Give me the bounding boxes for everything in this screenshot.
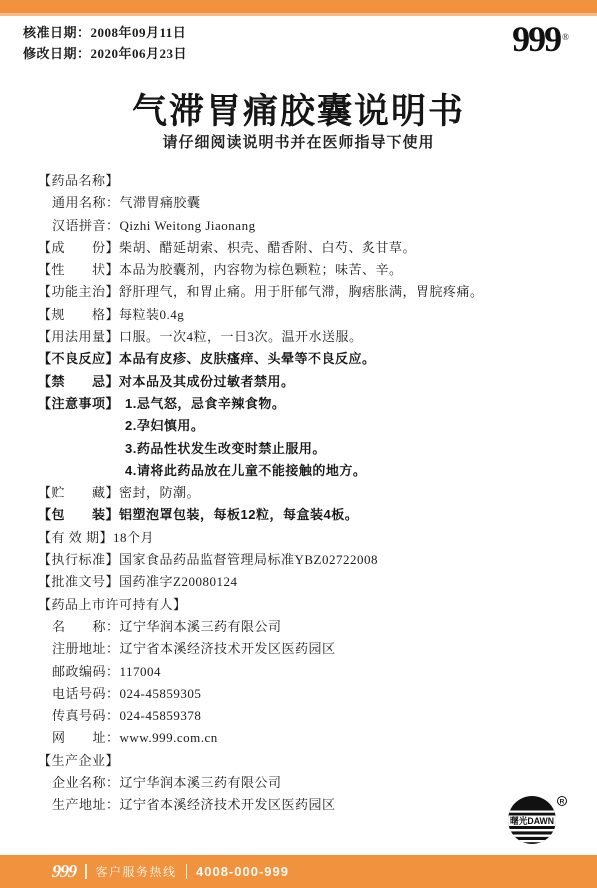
brand-999-text: 999 bbox=[512, 19, 560, 59]
precaution-item-2: 2.孕妇慎用。 bbox=[38, 415, 579, 437]
approval-date: 核准日期：2008年09月11日 bbox=[23, 22, 187, 43]
website: 网 址：www.999.com.cn bbox=[38, 727, 579, 749]
registered-address: 注册地址：辽宁省本溪经济技术开发区医药园区 bbox=[38, 638, 579, 660]
approval-number: 【批准文号】国药准字Z20080124 bbox=[38, 571, 579, 593]
leaflet-body: 【药品名称】 通用名称：气滞胃痛胶囊 汉语拼音：Qizhi Weitong Ji… bbox=[38, 170, 579, 817]
manufacturer-name: 企业名称：辽宁华润本溪三药有限公司 bbox=[38, 772, 579, 794]
footer-999-logo: 999 bbox=[51, 861, 76, 882]
precaution-item-3: 3.药品性状发生改变时禁止服用。 bbox=[38, 438, 579, 460]
footer-separator bbox=[186, 864, 188, 879]
page-subtitle: 请仔细阅读说明书并在医师指导下使用 bbox=[0, 131, 597, 152]
top-orange-bar bbox=[0, 0, 597, 16]
manufacturer-heading: 【生产企业】 bbox=[38, 750, 579, 772]
header-dates: 核准日期：2008年09月11日 修改日期：2020年06月23日 bbox=[23, 22, 187, 64]
dawn-logo-icon: 曙光DAWN R bbox=[505, 795, 569, 845]
validity-period: 【有 效 期】18个月 bbox=[38, 527, 579, 549]
ingredients: 【成 份】柴胡、醋延胡索、枳壳、醋香附、白芍、炙甘草。 bbox=[38, 237, 579, 259]
indications: 【功能主治】舒肝理气，和胃止痛。用于肝郁气滞，胸痞胀满，胃脘疼痛。 bbox=[38, 281, 579, 303]
registered-mark-icon: ® bbox=[562, 32, 569, 42]
brand-999-logo: 999® bbox=[512, 22, 567, 56]
specification: 【规 格】每粒装0.4g bbox=[38, 304, 579, 326]
drug-leaflet-page: { "colors": { "accent_orange": "#F0923E"… bbox=[0, 0, 597, 888]
dawn-registered-mark-icon: R bbox=[560, 799, 565, 806]
precaution-item-1: 1.忌气怒，忌食辛辣食物。 bbox=[125, 396, 285, 411]
phone-number: 电话号码：024-45859305 bbox=[38, 683, 579, 705]
page-title: 气滞胃痛胶囊说明书 bbox=[0, 84, 597, 134]
packaging: 【包 装】铝塑泡罩包装，每板12粒，每盒装4板。 bbox=[38, 504, 579, 526]
revision-date: 修改日期：2020年06月23日 bbox=[23, 43, 187, 64]
precautions: 【注意事项】1.忌气怒，忌食辛辣食物。 bbox=[38, 393, 579, 415]
storage: 【贮 藏】密封，防潮。 bbox=[38, 482, 579, 504]
precautions-label: 【注意事项】 bbox=[38, 393, 125, 415]
fax-number: 传真号码：024-45859378 bbox=[38, 705, 579, 727]
footer-separator bbox=[85, 864, 87, 879]
precaution-item-4: 4.请将此药品放在儿童不能接触的地方。 bbox=[38, 460, 579, 482]
drug-name-heading: 【药品名称】 bbox=[38, 170, 579, 192]
pinyin-name: 汉语拼音：Qizhi Weitong Jiaonang bbox=[38, 215, 579, 237]
adverse-reactions: 【不良反应】本品有皮疹、皮肤瘙痒、头晕等不良反应。 bbox=[38, 348, 579, 370]
contraindications: 【禁 忌】对本品及其成份过敏者禁用。 bbox=[38, 371, 579, 393]
footer-service-phone: 4008-000-999 bbox=[196, 864, 289, 879]
generic-name: 通用名称：气滞胃痛胶囊 bbox=[38, 192, 579, 214]
holder-name: 名 称：辽宁华润本溪三药有限公司 bbox=[38, 616, 579, 638]
footer-service-label: 客户服务热线 bbox=[96, 863, 177, 880]
executive-standard: 【执行标准】国家食品药品监督管理局标准YBZ02722008 bbox=[38, 549, 579, 571]
dosage: 【用法用量】口服。一次4粒，一日3次。温开水送服。 bbox=[38, 326, 579, 348]
production-address: 生产地址：辽宁省本溪经济技术开发区医药园区 bbox=[38, 794, 579, 816]
description: 【性 状】本品为胶囊剂，内容物为棕色颗粒；味苦、辛。 bbox=[38, 259, 579, 281]
dawn-logo-text: 曙光DAWN bbox=[510, 815, 554, 826]
mah-heading: 【药品上市许可持有人】 bbox=[38, 594, 579, 616]
footer-bar: 999 客户服务热线 4008-000-999 bbox=[0, 855, 597, 888]
postal-code: 邮政编码：117004 bbox=[38, 661, 579, 683]
